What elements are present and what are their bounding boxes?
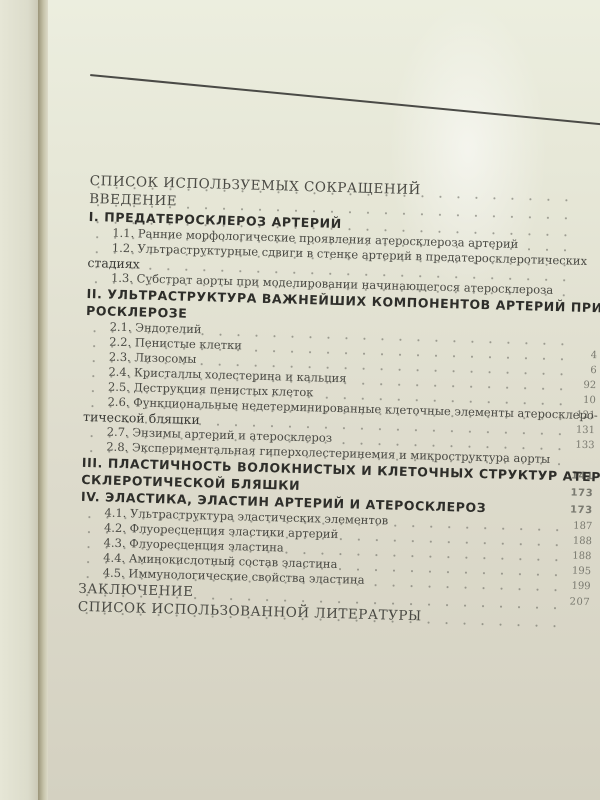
toc-page-number: 4 bbox=[590, 348, 597, 363]
toc-page-number: 199 bbox=[571, 579, 591, 595]
toc-page-number: 195 bbox=[572, 564, 592, 580]
book-gutter bbox=[38, 0, 48, 800]
toc-page-number: 187 bbox=[573, 519, 593, 535]
toc-entry-label: ЗАКЛЮЧЕНИЕ bbox=[78, 581, 194, 600]
toc-page-number: 133 bbox=[575, 438, 595, 454]
toc-page-number: 10 bbox=[583, 393, 596, 408]
toc-page-number: 92 bbox=[583, 378, 596, 393]
toc-page-number: 207 bbox=[569, 594, 590, 613]
toc-page-number: 173 bbox=[570, 485, 593, 503]
toc-entry-label: ВВЕДЕНИЕ bbox=[89, 191, 177, 209]
toc-entry-label: РОСКЛЕРОЗЕ bbox=[86, 303, 188, 321]
toc-entry-label: тической бляшки bbox=[83, 409, 200, 427]
left-page-edge bbox=[0, 0, 40, 800]
toc-page-number: 6 bbox=[590, 363, 597, 378]
toc-page-number: 188 bbox=[572, 549, 592, 565]
toc-page-number: 131 bbox=[576, 423, 596, 439]
toc-page-number: 188 bbox=[573, 534, 593, 550]
table-of-contents: СПИСОК ИСПОЛЬЗУЕМЫХ СОКРАЩЕНИЙВВЕДЕНИЕI.… bbox=[78, 172, 600, 630]
toc-page-number: 173 bbox=[570, 502, 593, 520]
toc-entry-label: 2.3. Лизосомы bbox=[109, 350, 197, 366]
toc-entry-label: 2.1. Эндотелий bbox=[109, 320, 201, 337]
toc-entry-label: стадиях bbox=[87, 255, 140, 271]
